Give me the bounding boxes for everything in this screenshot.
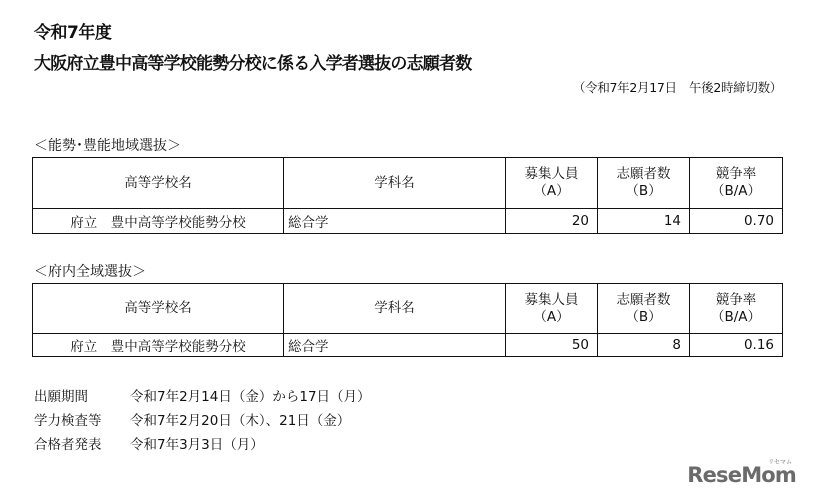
schedule-value: 令和7年2月20日（木）、21日（金）	[130, 413, 350, 429]
table-header-row: 高等学校名 学科名 募集人員（A） 志願者数（B） 競争率（B/A）	[33, 284, 783, 334]
cell-applicants: 14	[598, 209, 690, 234]
logo-kana: リセマム	[768, 457, 792, 466]
header-applicants: 志願者数（B）	[598, 284, 690, 334]
header-capacity: 募集人員（A）	[506, 158, 598, 209]
header-ratio: 競争率（B/A）	[690, 158, 783, 209]
schedule-value: 令和7年2月14日（金）から17日（月）	[130, 389, 371, 405]
schedule-label: 出願期間	[34, 385, 130, 405]
cell-department: 総合学	[284, 209, 506, 234]
header-school: 高等学校名	[33, 284, 284, 334]
section-heading-prefecture-wide: ＜府内全域選抜＞	[34, 261, 146, 281]
table-row: 府立 豊中高等学校能勢分校 総合学 20 14 0.70	[33, 209, 783, 234]
schedule-application-period: 出願期間令和7年2月14日（金）から17日（月）	[34, 385, 371, 405]
schedule-label: 学力検査等	[34, 409, 130, 429]
header-department: 学科名	[284, 284, 506, 334]
schedule-announcement: 合格者発表令和7年3月3日（月）	[34, 433, 264, 453]
logo-text: ReseMom	[687, 463, 796, 487]
table-row: 府立 豊中高等学校能勢分校 総合学 50 8 0.16	[33, 334, 783, 357]
cell-capacity: 20	[506, 209, 598, 234]
applicants-table-nose-toyono: 高等学校名 学科名 募集人員（A） 志願者数（B） 競争率（B/A） 府立 豊中…	[32, 157, 783, 234]
cell-department: 総合学	[284, 334, 506, 357]
cell-ratio: 0.70	[690, 209, 783, 234]
resemom-logo: リセマム ReseMom	[687, 463, 796, 487]
header-ratio: 競争率（B/A）	[690, 284, 783, 334]
year-title: 令和7年度	[34, 18, 111, 43]
cell-school: 府立 豊中高等学校能勢分校	[33, 334, 284, 357]
cell-applicants: 8	[598, 334, 690, 357]
header-capacity: 募集人員（A）	[506, 284, 598, 334]
schedule-label: 合格者発表	[34, 433, 130, 453]
page-title: 大阪府立豊中高等学校能勢分校に係る入学者選抜の志願者数	[34, 49, 471, 74]
cell-capacity: 50	[506, 334, 598, 357]
header-department: 学科名	[284, 158, 506, 209]
section-heading-nose-toyono: ＜能勢･豊能地域選抜＞	[34, 135, 181, 155]
cell-ratio: 0.16	[690, 334, 783, 357]
schedule-value: 令和7年3月3日（月）	[130, 437, 264, 453]
cell-school: 府立 豊中高等学校能勢分校	[33, 209, 284, 234]
as-of-date: （令和7年2月17日 午後2時締切数）	[573, 78, 782, 96]
header-school: 高等学校名	[33, 158, 284, 209]
header-applicants: 志願者数（B）	[598, 158, 690, 209]
applicants-table-prefecture-wide: 高等学校名 学科名 募集人員（A） 志願者数（B） 競争率（B/A） 府立 豊中…	[32, 283, 783, 357]
table-header-row: 高等学校名 学科名 募集人員（A） 志願者数（B） 競争率（B/A）	[33, 158, 783, 209]
schedule-exam: 学力検査等令和7年2月20日（木）、21日（金）	[34, 409, 350, 429]
